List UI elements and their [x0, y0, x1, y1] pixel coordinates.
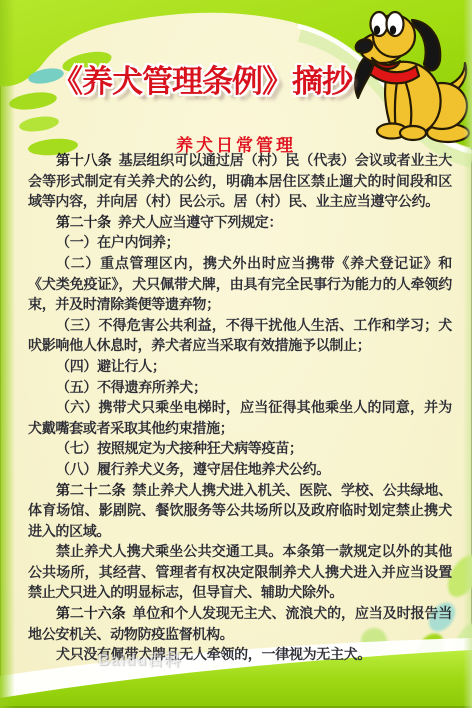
- dog-pupil-left: [374, 26, 380, 35]
- dog-pupil-right: [390, 26, 396, 35]
- article-number: 第二十六条: [56, 605, 126, 621]
- article-paragraph: （三）不得危害公共利益，不得干扰他人生活、工作和学习；犬吠影响他人休息时，养犬者…: [28, 315, 452, 356]
- article-paragraph: （六）携带犬只乘坐电梯时，应当征得其他乘坐人的同意，并为犬戴嘴套或者采取其他约束…: [28, 397, 452, 438]
- article-paragraph: 犬只没有佩带犬牌且无人牵领的，一律视为无主犬。: [28, 644, 452, 665]
- article-paragraph: 第二十六条单位和个人发现无主犬、流浪犬的，应当及时报告当地公安机关、动物防疫监督…: [28, 603, 452, 644]
- article-paragraph: （五）不得遗弃所养犬；: [28, 377, 452, 398]
- article-paragraph: （八）履行养犬义务，遵守居住地养犬公约。: [28, 459, 452, 480]
- poster-title: 《养犬管理条例》摘抄: [0, 56, 472, 101]
- article-number: 第二十条: [56, 214, 111, 230]
- left-edge-green-strip: [0, 0, 15, 708]
- article-paragraph: 第十八条基层组织可以通过居（村）民（代表）会议或者业主大会等形式制定有关养犬的公…: [28, 150, 452, 212]
- article-number: 第二十二条: [56, 482, 126, 498]
- regulation-text: 第十八条基层组织可以通过居（村）民（代表）会议或者业主大会等形式制定有关养犬的公…: [28, 150, 452, 665]
- baidu-baike-watermark: Baidu百科: [98, 647, 181, 670]
- article-paragraph: （二）重点管理区内，携犬外出时应当携带《养犬登记证》和《犬类免疫证》，犬只佩带犬…: [28, 253, 452, 315]
- dog-regulation-poster: 《养犬管理条例》摘抄 养犬日常管理 第十八条基层组织可以通过居（村）民（代表）会…: [0, 0, 472, 708]
- article-number: 第十八条: [56, 152, 112, 168]
- article-paragraph: 禁止养犬人携犬乘坐公共交通工具。本条第一款规定以外的其他公共场所，其经营、管理者…: [28, 541, 452, 603]
- article-paragraph: 第二十条养犬人应当遵守下列规定：: [28, 212, 452, 233]
- article-paragraph: （四）避让行人；: [28, 356, 452, 377]
- article-paragraph: （七）按照规定为犬接种狂犬病等疫苗；: [28, 438, 452, 459]
- article-paragraph: （一）在户内饲养；: [28, 232, 452, 253]
- article-paragraph: 第二十二条禁止养犬人携犬进入机关、医院、学校、公共绿地、体育场馆、影剧院、餐饮服…: [28, 480, 452, 542]
